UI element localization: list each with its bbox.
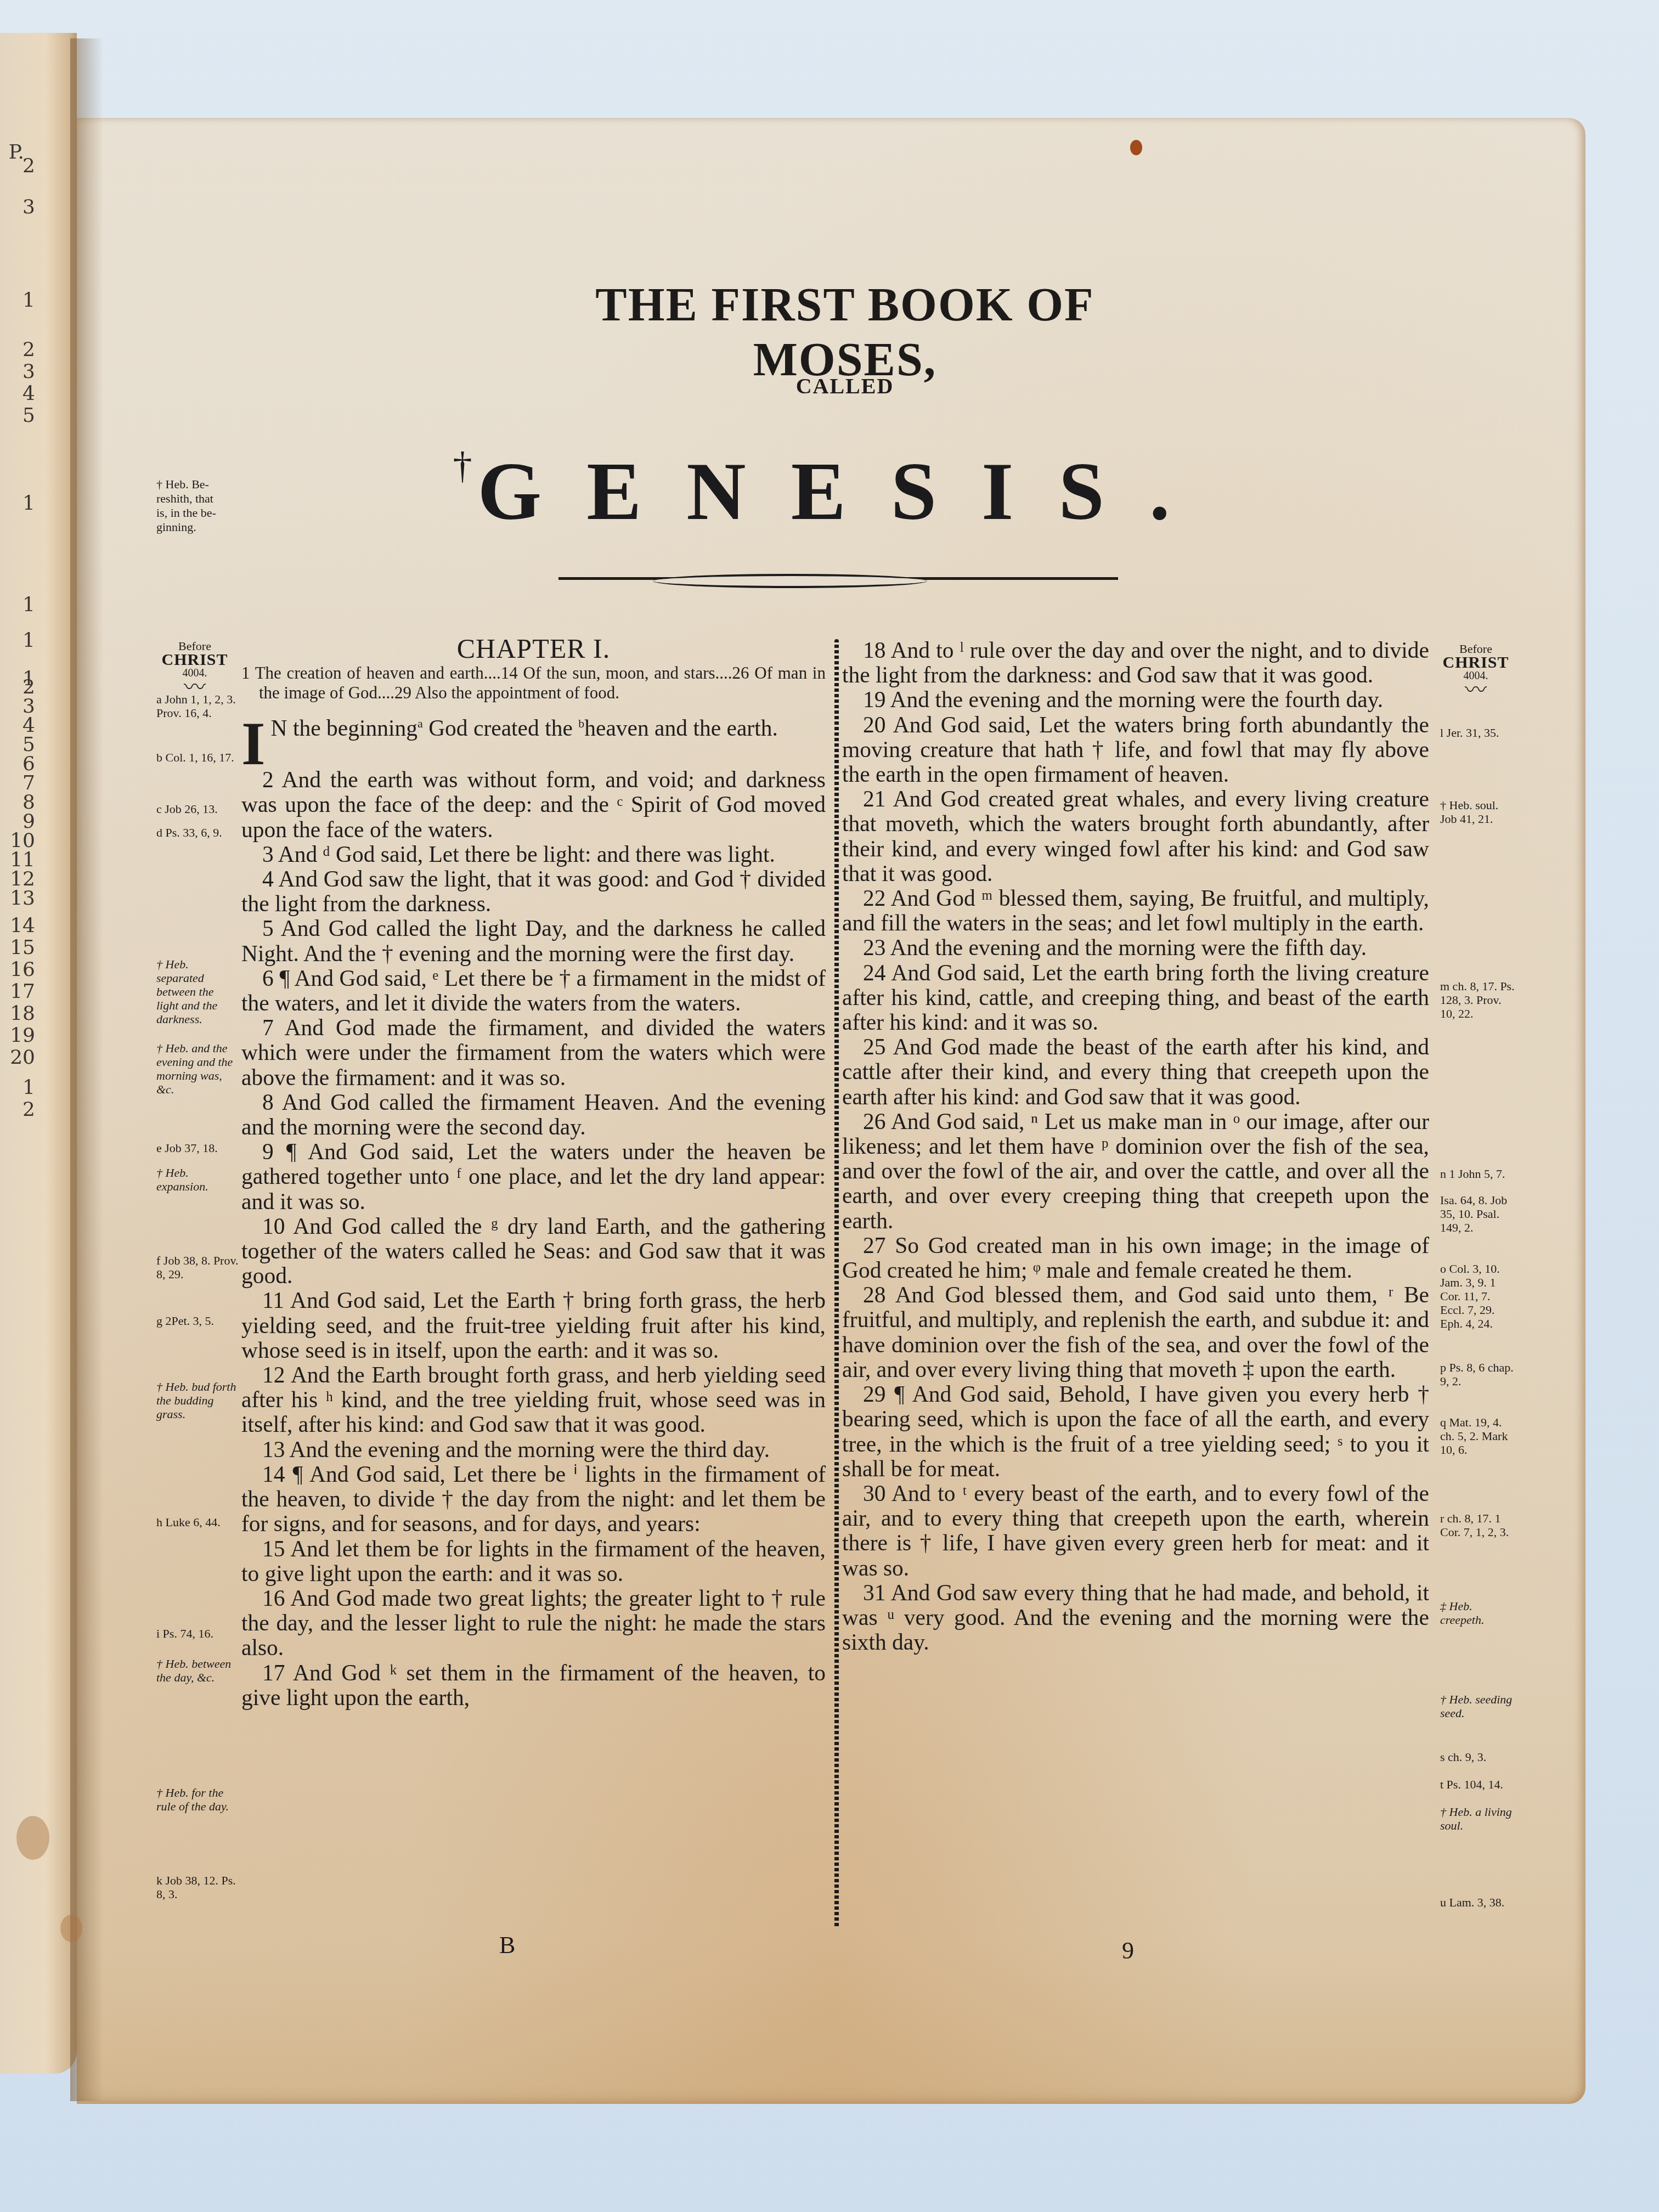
strip-number: 9 xyxy=(22,812,35,832)
margin-note-left: c Job 26, 13. xyxy=(156,802,239,816)
strip-number: 1 xyxy=(22,494,35,513)
strip-number: 16 xyxy=(10,960,35,980)
strip-number: 2 xyxy=(22,678,35,697)
verse: 30 And to ᵗ every beast of the earth, an… xyxy=(842,1481,1429,1581)
strip-number: 5 xyxy=(22,735,35,755)
chronology-right: Before CHRIST 4004. 〰 xyxy=(1437,642,1514,697)
foxing-spot xyxy=(1130,140,1142,155)
verse: 24 And God said, Let the earth bring for… xyxy=(842,961,1429,1035)
verse: 17 And God ᵏ set them in the firmament o… xyxy=(241,1661,826,1710)
margin-note-left: † Heb. expansion. xyxy=(156,1166,239,1193)
strip-number: 3 xyxy=(22,362,35,382)
margin-note-right: p Ps. 8, 6 chap. 9, 2. xyxy=(1440,1361,1517,1388)
margin-note-left: † Heb. bud forth the budding grass. xyxy=(156,1380,239,1421)
strip-number: 1 xyxy=(22,1078,35,1098)
strip-number: 19 xyxy=(10,1026,35,1046)
verse: 9 ¶ And God said, Let the waters under t… xyxy=(241,1139,826,1214)
verse: 4 And God saw the light, that it was goo… xyxy=(241,867,826,916)
margin-note-left: k Job 38, 12. Ps. 8, 3. xyxy=(156,1874,239,1901)
strip-number: 1 xyxy=(22,631,35,651)
verse: 25 And God made the beast of the earth a… xyxy=(842,1035,1429,1109)
verse: 29 ¶ And God said, Behold, I have given … xyxy=(842,1382,1429,1481)
squiggle-ornament-icon: 〰 xyxy=(1437,683,1514,697)
margin-note-right: † Heb. seeding seed. xyxy=(1440,1692,1517,1720)
verse: 12 And the Earth brought forth grass, an… xyxy=(241,1363,826,1437)
strip-number: 5 xyxy=(22,406,35,426)
verse: 20 And God said, Let the waters bring fo… xyxy=(842,713,1429,787)
page-number: 9 xyxy=(1122,1937,1134,1965)
strip-number: 12 xyxy=(10,870,35,889)
margin-note-left: † Heb. for the rule of the day. xyxy=(156,1786,239,1813)
foxing-spot xyxy=(60,1915,82,1942)
margin-note-right: † Heb. soul. Job 41, 21. xyxy=(1440,798,1517,826)
verse: 10 And God called the ᵍ dry land Earth, … xyxy=(241,1214,826,1289)
margin-note-left: g 2Pet. 3, 5. xyxy=(156,1314,239,1328)
strip-number: 13 xyxy=(10,889,35,909)
strip-number: 1 xyxy=(22,595,35,615)
verse: 21 And God created great whales, and eve… xyxy=(842,787,1429,886)
verse: 13 And the evening and the morning were … xyxy=(241,1437,826,1462)
verse: 3 And ᵈ God said, Let there be light: an… xyxy=(241,842,826,867)
text-column-left: CHAPTER I. 1 The creation of heaven and … xyxy=(241,636,826,1710)
dagger-mark-icon: † xyxy=(453,445,478,487)
book-name-text: GENESIS. xyxy=(478,446,1215,537)
strip-number: 3 xyxy=(22,697,35,716)
gutter-shadow xyxy=(70,38,103,2101)
strip-number: 10 xyxy=(10,831,35,851)
strip-number: 11 xyxy=(10,850,35,870)
verse: 22 And God ᵐ blessed them, saying, Be fr… xyxy=(842,886,1429,935)
margin-note-left: d Ps. 33, 6, 9. xyxy=(156,826,239,839)
column-divider-rule xyxy=(834,639,839,1928)
strip-number: 4 xyxy=(22,384,35,404)
strip-number: 2 xyxy=(22,1100,35,1120)
text-column-right: 18 And to ˡ rule over the day and over t… xyxy=(842,638,1429,1655)
strip-number: 3 xyxy=(22,198,35,217)
margin-note-left: e Job 37, 18. xyxy=(156,1141,239,1155)
strip-number: 2 xyxy=(22,340,35,360)
ornamental-rule-swell xyxy=(653,574,927,588)
margin-note-right: s ch. 9, 3. xyxy=(1440,1750,1517,1764)
verse: 8 And God called the firmament Heaven. A… xyxy=(241,1090,826,1139)
margin-note-right: ‡ Heb. creepeth. xyxy=(1440,1599,1517,1627)
verse: 27 So God created man in his own image; … xyxy=(842,1233,1429,1283)
strip-number: 17 xyxy=(10,982,35,1002)
strip-number: 4 xyxy=(22,716,35,736)
margin-note-left: † Heb. separated between the light and t… xyxy=(156,957,239,1026)
margin-note-right: † Heb. a living soul. xyxy=(1440,1805,1517,1832)
strip-number: 7 xyxy=(22,774,35,793)
chronology-left: Before CHRIST 4004. 〰 xyxy=(156,639,233,695)
margin-note-right: q Mat. 19, 4. ch. 5, 2. Mark 10, 6. xyxy=(1440,1415,1517,1457)
drop-cap: I xyxy=(241,720,266,768)
margin-note-right: u Lam. 3, 38. xyxy=(1440,1895,1517,1909)
strip-number: 15 xyxy=(10,938,35,958)
verse: 6 ¶ And God said, ᵉ Let there be † a fir… xyxy=(241,966,826,1015)
signature-mark: B xyxy=(499,1931,515,1959)
title-margin-note: † Heb. Be- reshith, that is, in the be- … xyxy=(156,477,222,534)
margin-note-left: h Luke 6, 44. xyxy=(156,1515,239,1529)
strip-number: 20 xyxy=(10,1048,35,1068)
verse: 7 And God made the firmament, and divide… xyxy=(241,1015,826,1090)
strip-number: 6 xyxy=(22,754,35,774)
book-name: †GENESIS. xyxy=(417,444,1251,539)
margin-note-left: † Heb. between the day, &c. xyxy=(156,1657,239,1684)
margin-note-right: o Col. 3, 10. Jam. 3, 9. 1 Cor. 11, 7. E… xyxy=(1440,1262,1517,1330)
left-facing-page: P. 2 3 1 2 3 4 5 1 1 1 1 2 3 4 5 6 7 8 9… xyxy=(0,33,77,2074)
book-title: THE FIRST BOOK OF MOSES, xyxy=(527,277,1163,387)
page-fragment: P. xyxy=(9,143,24,162)
margin-note-right: m ch. 8, 17. Ps. 128, 3. Prov. 10, 22. xyxy=(1440,979,1517,1020)
verse: 31 And God saw every thing that he had m… xyxy=(842,1581,1429,1655)
verse: 14 ¶ And God said, Let there be ⁱ lights… xyxy=(241,1462,826,1537)
verse: 18 And to ˡ rule over the day and over t… xyxy=(842,638,1429,687)
margin-note-left: b Col. 1, 16, 17. xyxy=(156,751,239,764)
margin-note-right: Isa. 64, 8. Job 35, 10. Psal. 149, 2. xyxy=(1440,1193,1517,1234)
chapter-heading: CHAPTER I. xyxy=(241,636,826,661)
margin-note-right: l Jer. 31, 35. xyxy=(1440,726,1517,740)
margin-note-right: t Ps. 104, 14. xyxy=(1440,1778,1517,1791)
verse: 26 And God said, ⁿ Let us make man in ᵒ … xyxy=(842,1109,1429,1233)
called-label: CALLED xyxy=(735,373,955,399)
verse: 23 And the evening and the morning were … xyxy=(842,935,1429,960)
margin-note-right: n 1 John 5, 7. xyxy=(1440,1167,1517,1181)
verse: 16 And God made two great lights; the gr… xyxy=(241,1586,826,1661)
verse: 5 And God called the light Day, and the … xyxy=(241,916,826,966)
margin-note-left: a John 1, 1, 2, 3. Prov. 16, 4. xyxy=(156,692,239,720)
chapter-summary: 1 The creation of heaven and earth....14… xyxy=(241,663,826,703)
verse: 11 And God said, Let the Earth † bring f… xyxy=(241,1288,826,1363)
margin-note-right: r ch. 8, 17. 1 Cor. 7, 1, 2, 3. xyxy=(1440,1511,1517,1539)
strip-number: 14 xyxy=(10,916,35,936)
verse: 15 And let them be for lights in the fir… xyxy=(241,1537,826,1586)
verse-1: IN the beginninga God created the bheave… xyxy=(241,716,826,741)
verse: 19 And the evening and the morning were … xyxy=(842,687,1429,712)
margin-note-left: i Ps. 74, 16. xyxy=(156,1627,239,1640)
strip-number: 18 xyxy=(10,1004,35,1024)
strip-number: 2 xyxy=(22,156,35,176)
margin-note-left: f Job 38, 8. Prov. 8, 29. xyxy=(156,1254,239,1281)
verse: 28 And God blessed them, and God said un… xyxy=(842,1283,1429,1382)
foxing-spot xyxy=(16,1816,49,1860)
verse: 2 And the earth was without form, and vo… xyxy=(241,768,826,842)
strip-number: 8 xyxy=(22,793,35,812)
strip-number: 1 xyxy=(22,291,35,311)
margin-note-left: † Heb. and the evening and the morning w… xyxy=(156,1041,239,1096)
